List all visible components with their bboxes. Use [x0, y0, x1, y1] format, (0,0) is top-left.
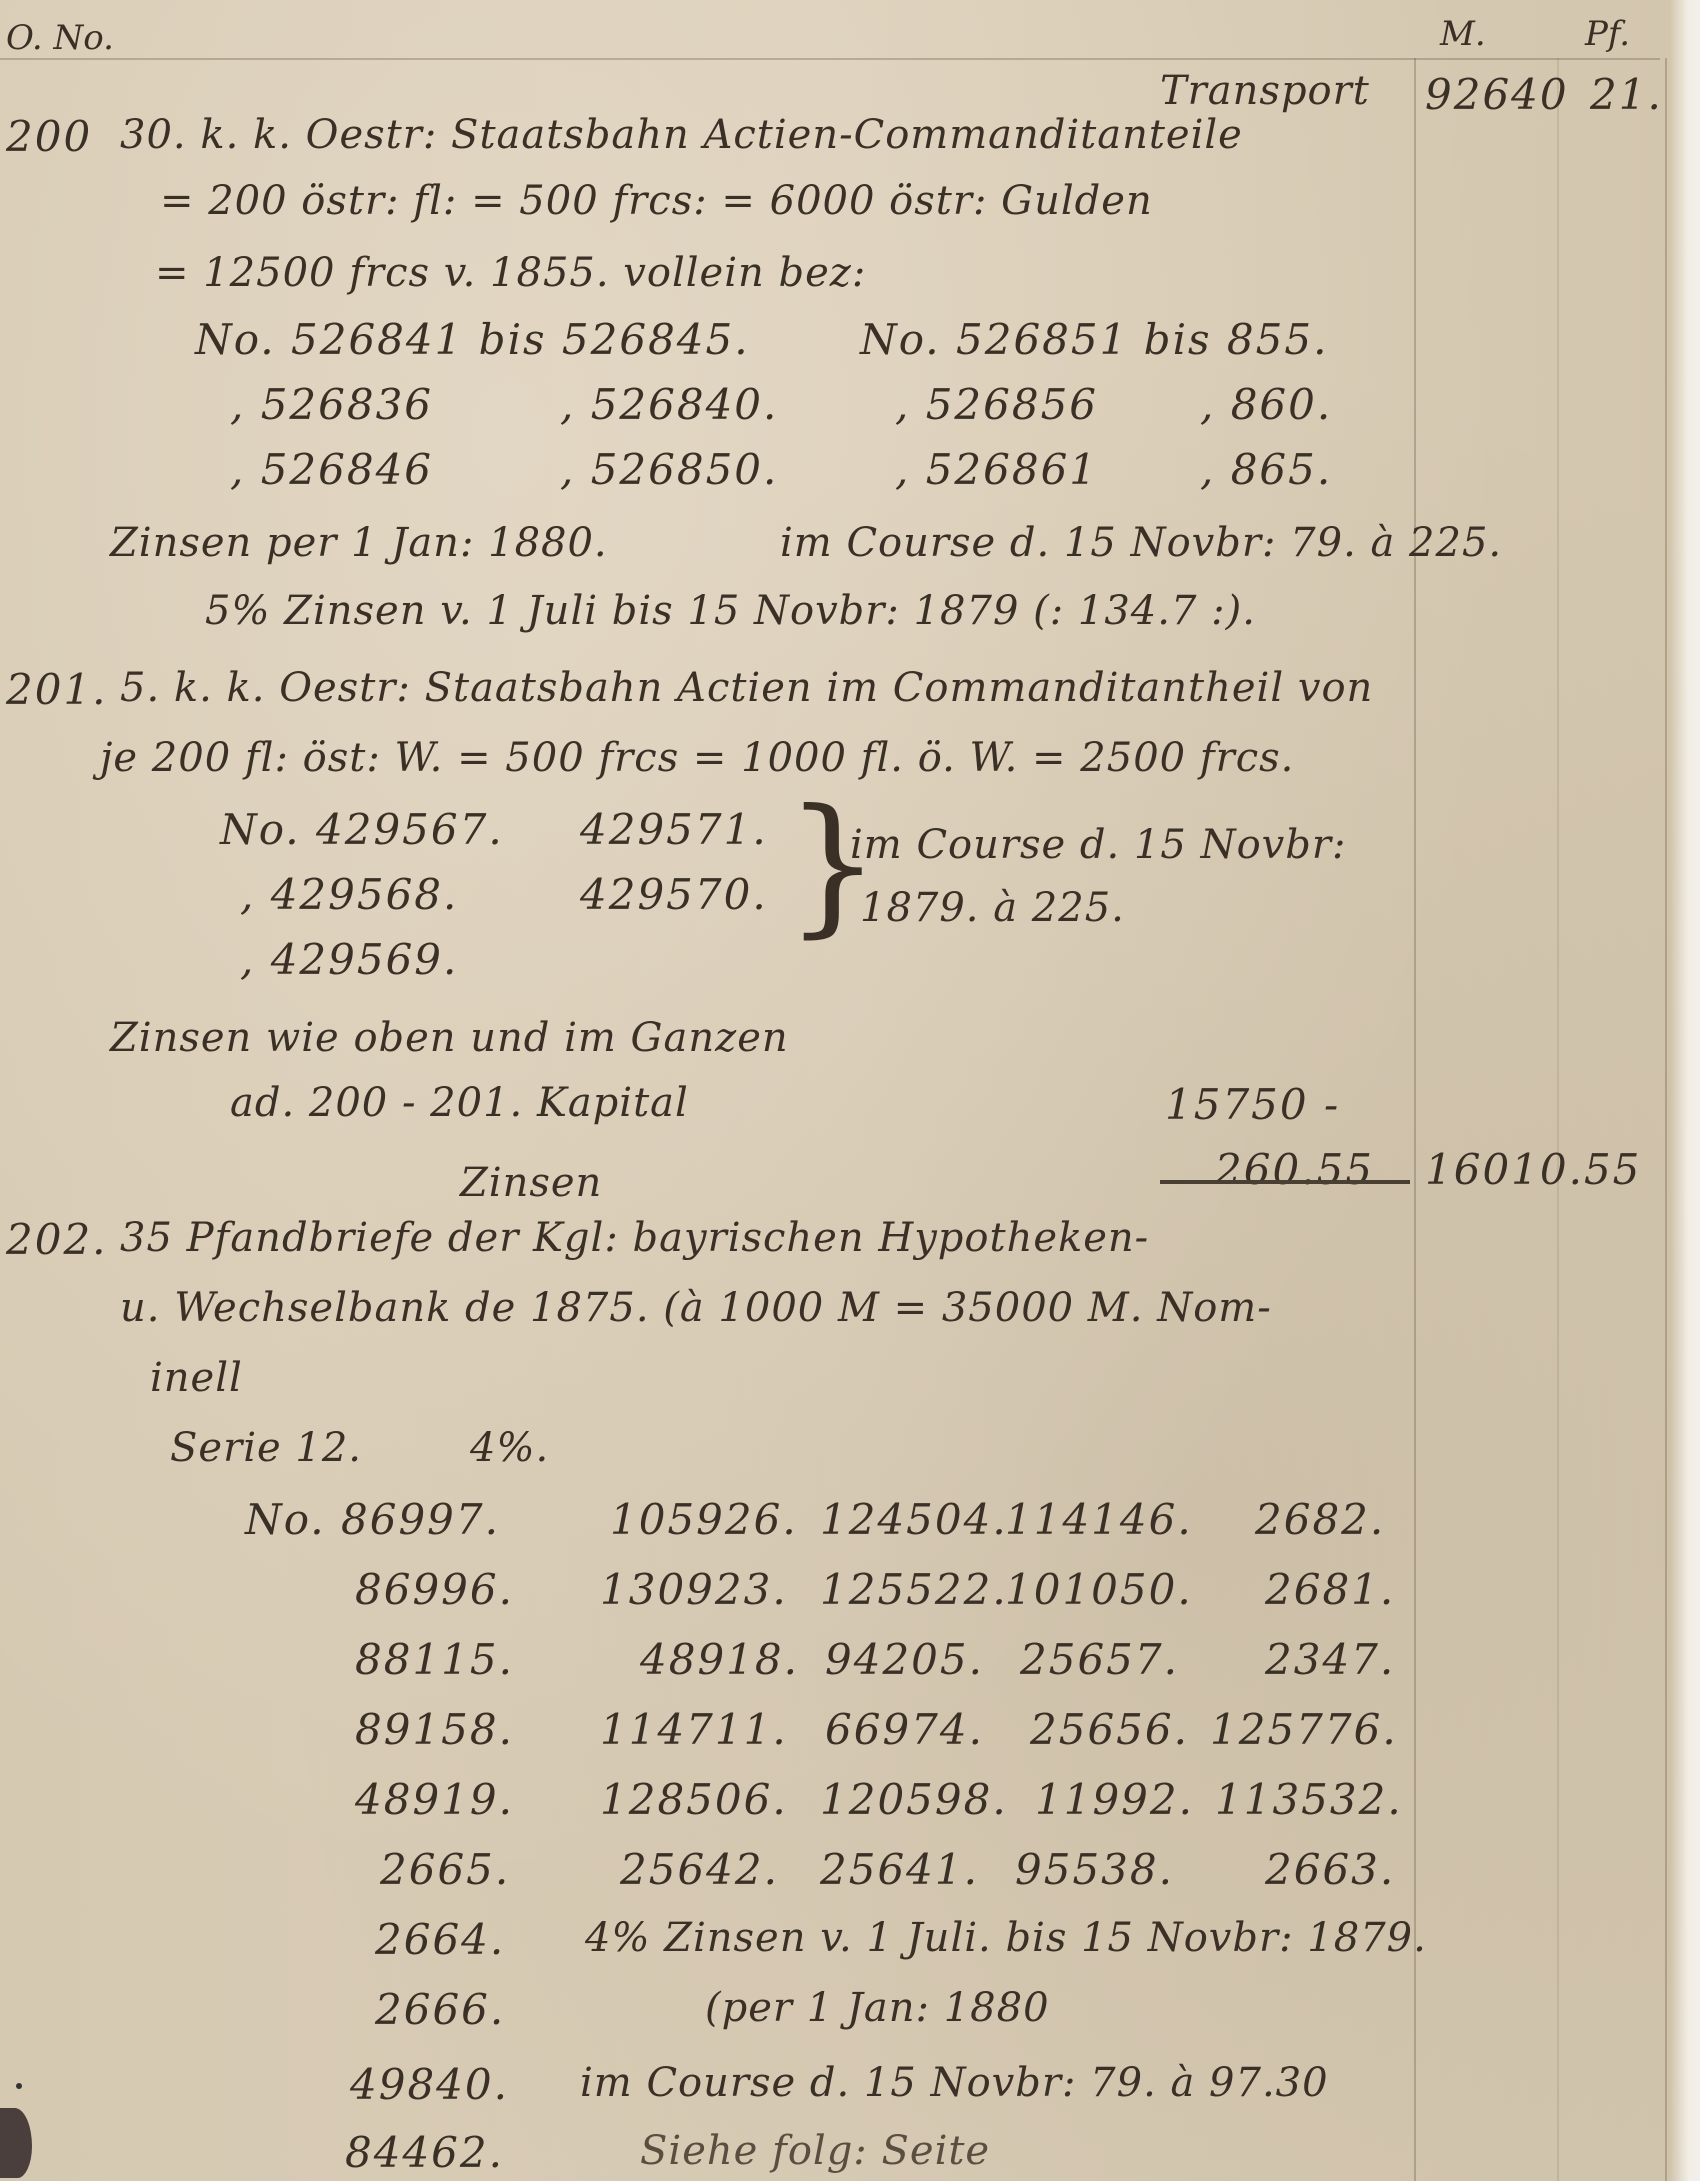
entry-200-number: , 526850. [560, 445, 778, 494]
entry-200-number: , 526836 [230, 380, 433, 429]
bond-number: 84462. [345, 2128, 504, 2177]
ink-dot [16, 2083, 22, 2089]
bond-number: 125522. [820, 1565, 1008, 1614]
entry-200-range-2: No. 526851 bis 855. [860, 315, 1328, 364]
bond-number: 94205. [825, 1635, 984, 1684]
entry-202-serie: Serie 12. [170, 1425, 362, 1471]
entry-202-interest-detail: 4% Zinsen v. 1 Juli. bis 15 Novbr: 1879. [585, 1915, 1427, 1961]
bond-number: 130923. [600, 1565, 788, 1614]
bond-number: 2665. [380, 1845, 510, 1894]
entry-201-number: 429570. [580, 870, 768, 919]
entry-201-course-1: im Course d. 15 Novbr: [850, 822, 1346, 868]
interest-value: 260.55 [1215, 1145, 1374, 1194]
interest-label: Zinsen [460, 1160, 602, 1206]
bond-number: 11992. [1035, 1775, 1194, 1824]
entry-201-line-2: je 200 fl: öst: W. = 500 frcs = 1000 fl.… [100, 735, 1294, 781]
bond-number: 48919. [355, 1775, 514, 1824]
bond-number: 114711. [600, 1705, 788, 1754]
entry-200-number: , 526861 [895, 445, 1098, 494]
bond-number: 2666. [375, 1985, 505, 2034]
entry-202-line-3: inell [150, 1355, 243, 1401]
entry-200-number: , 865. [1200, 445, 1332, 494]
entry-202-line-2: u. Wechselbank de 1875. (à 1000 M = 3500… [120, 1285, 1272, 1331]
column-rule-marks [1414, 58, 1416, 2181]
entry-200-range-1: No. 526841 bis 526845. [195, 315, 750, 364]
capital-value: 15750 - [1165, 1080, 1340, 1129]
header-rule [0, 58, 1660, 60]
bond-number: 105926. [610, 1495, 798, 1544]
column-header-pfennig: Pf. [1585, 14, 1630, 54]
bond-number: 25657. [1020, 1635, 1179, 1684]
bond-number: No. 86997. [245, 1495, 500, 1544]
entry-200-course: im Course d. 15 Novbr: 79. à 225. [780, 520, 1502, 566]
entry-number-201: 201. [6, 665, 108, 714]
bond-number: 120598. [820, 1775, 1008, 1824]
bond-number: 113532. [1215, 1775, 1403, 1824]
bond-number: 2347. [1265, 1635, 1395, 1684]
bond-number: 124504. [820, 1495, 1008, 1544]
bond-number: 2681. [1265, 1565, 1395, 1614]
bond-number: 95538. [1015, 1845, 1174, 1894]
entry-202-interest-date: (per 1 Jan: 1880 [705, 1985, 1050, 2031]
bond-number: 25642. [620, 1845, 779, 1894]
bond-number: 2682. [1255, 1495, 1385, 1544]
column-rule-right [1665, 58, 1667, 2181]
entry-201-summary: Zinsen wie oben und im Ganzen [110, 1015, 789, 1061]
bond-number: 48918. [640, 1635, 799, 1684]
bond-number: 125776. [1210, 1705, 1398, 1754]
sum-underline [1160, 1180, 1410, 1184]
bond-number: 25656. [1030, 1705, 1189, 1754]
transport-marks: 92640 [1425, 70, 1569, 119]
entry-202-line-1: 35 Pfandbriefe der Kgl: bayrischen Hypot… [120, 1215, 1149, 1261]
entry-200-number: , 526840. [560, 380, 778, 429]
capital-label: ad. 200 - 201. Kapital [230, 1080, 689, 1126]
column-header-number: O. No. [6, 18, 114, 58]
bond-number: 2664. [375, 1915, 505, 1964]
total-value: 16010.55 [1425, 1145, 1641, 1194]
entry-200-line-1: 30. k. k. Oestr: Staatsbahn Actien-Comma… [120, 112, 1243, 158]
column-rule-pfennig [1557, 58, 1559, 2181]
entry-201-number: No. 429567. [220, 805, 504, 854]
column-header-marks: M. [1440, 14, 1486, 54]
entry-200-number: , 526856 [895, 380, 1098, 429]
entry-202-course: im Course d. 15 Novbr: 79. à 97.30 [580, 2060, 1329, 2106]
entry-200-line-3: = 12500 frcs v. 1855. vollein bez: [155, 250, 866, 296]
continued-note: Siehe folg: Seite [640, 2128, 990, 2174]
bond-number: 88115. [355, 1635, 514, 1684]
entry-200-number: , 860. [1200, 380, 1332, 429]
bond-number: 66974. [825, 1705, 984, 1754]
entry-200-interest-detail: 5% Zinsen v. 1 Juli bis 15 Novbr: 1879 (… [205, 588, 1256, 634]
bond-number: 128506. [600, 1775, 788, 1824]
bond-number: 2663. [1265, 1845, 1395, 1894]
entry-number-202: 202. [6, 1215, 108, 1264]
entry-201-number: , 429568. [240, 870, 458, 919]
bond-number: 49840. [350, 2060, 509, 2109]
entry-201-course-2: 1879. à 225. [860, 885, 1125, 931]
entry-201-number: , 429569. [240, 935, 458, 984]
bond-number: 86996. [355, 1565, 514, 1614]
bond-number: 101050. [1005, 1565, 1193, 1614]
transport-label: Transport [1160, 68, 1370, 114]
entry-201-line-1: 5. k. k. Oestr: Staatsbahn Actien im Com… [120, 665, 1373, 711]
page-edge [1670, 0, 1700, 2181]
entry-201-number: 429571. [580, 805, 768, 854]
entry-202-rate: 4%. [470, 1425, 549, 1471]
transport-pfennig: 21. [1590, 70, 1663, 119]
entry-200-line-2: = 200 östr: fl: = 500 frcs: = 6000 östr:… [160, 178, 1153, 224]
bond-number: 114146. [1005, 1495, 1193, 1544]
entry-200-interest-date: Zinsen per 1 Jan: 1880. [110, 520, 608, 566]
entry-200-number: , 526846 [230, 445, 433, 494]
bond-number: 25641. [820, 1845, 979, 1894]
entry-number-200: 200 [6, 112, 92, 161]
bond-number: 89158. [355, 1705, 514, 1754]
